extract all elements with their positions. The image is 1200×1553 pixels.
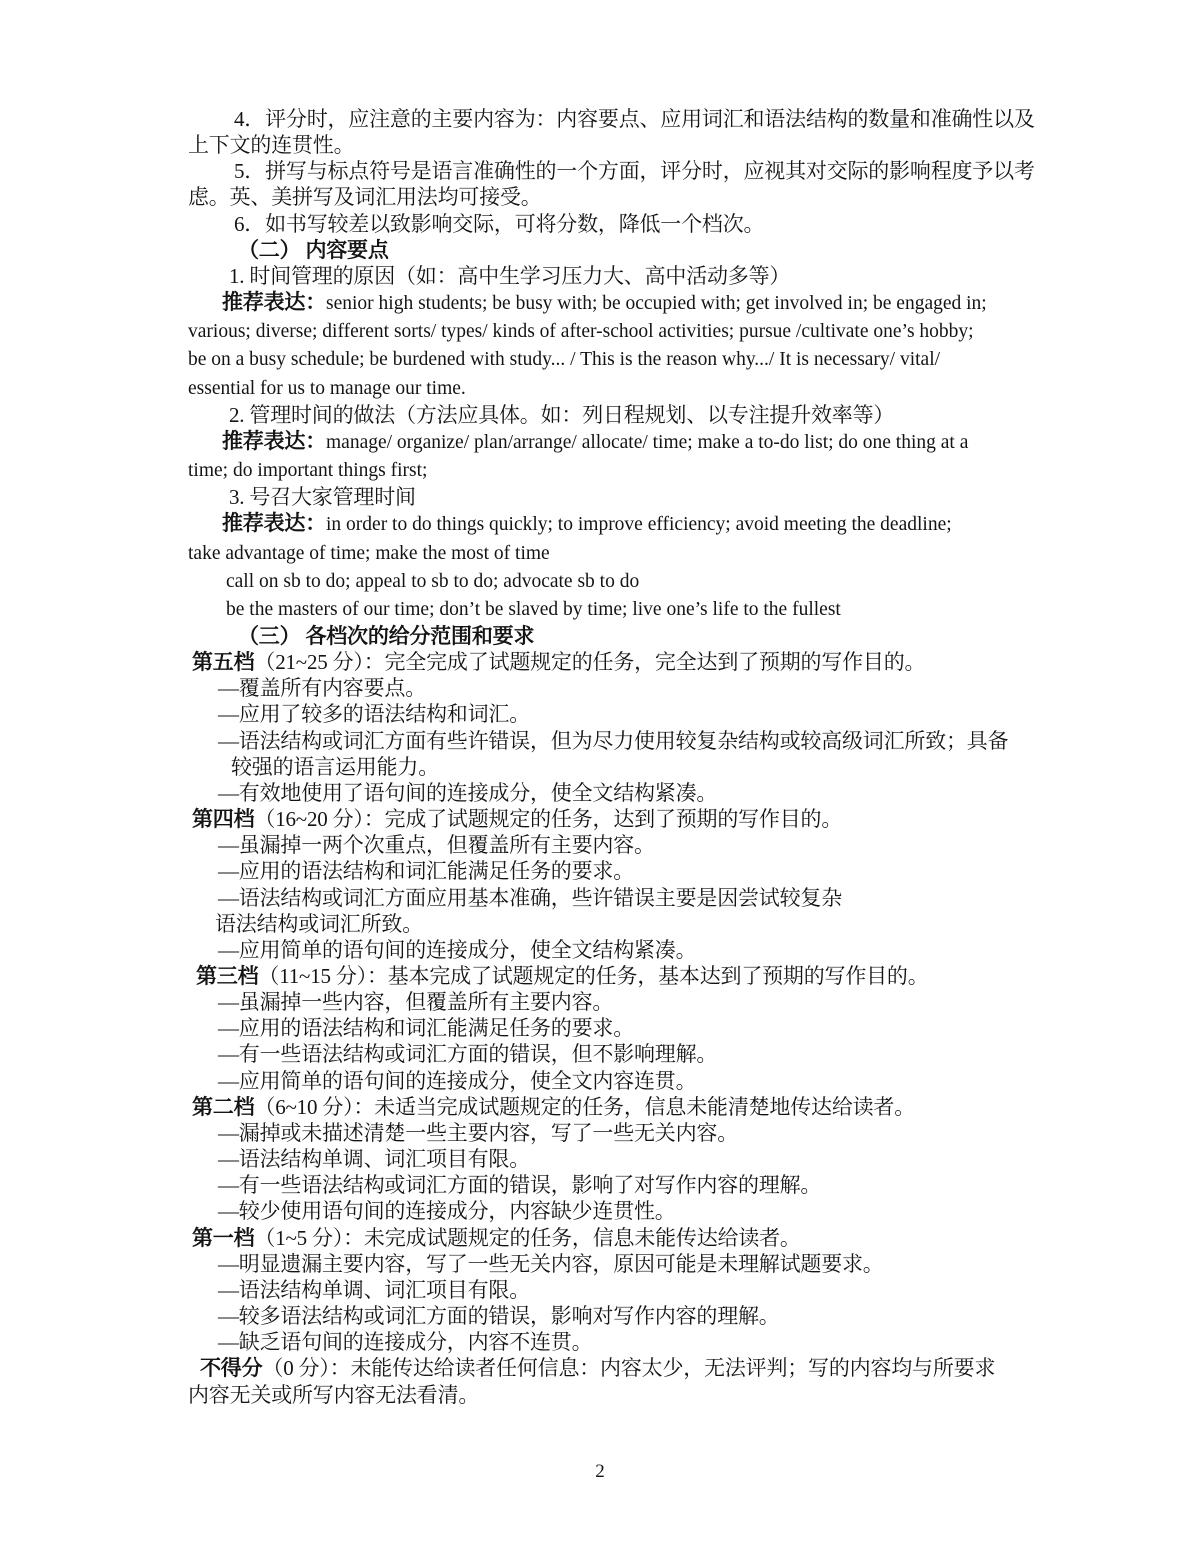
bold-text-segment: 第三档 [196,964,258,988]
text-line: —缺乏语句间的连接成分，内容不连贯。 [218,1329,1050,1355]
text-segment: —语法结构或词汇方面有些许错误，但为尽力使用较复杂结构或较高级词汇所致；具备 [218,729,1008,753]
text-segment: time; do important things first; [188,460,427,481]
bold-text-segment: 第四档 [192,807,254,831]
text-segment: 较强的语言运用能力。 [231,755,439,779]
text-segment: be the masters of our time; don’t be sla… [226,599,841,620]
text-segment: —有效地使用了语句间的连接成分，使全文结构紧凑。 [218,781,717,805]
document-page: 4．评分时，应注意的主要内容为：内容要点、应用词汇和语法结构的数量和准确性以及上… [0,0,1200,1553]
text-segment: —缺乏语句间的连接成分，内容不连贯。 [218,1330,592,1354]
text-line: take advantage of time; make the most of… [188,539,1050,567]
text-line: 上下文的连贯性。 [188,132,1050,158]
text-segment: —覆盖所有内容要点。 [218,676,426,700]
text-segment: take advantage of time; make the most of… [188,543,550,564]
text-line: —应用了较多的语法结构和词汇。 [218,701,1050,727]
text-segment: （0 分）：未能传达给读者任何信息：内容太少，无法评判；写的内容均与所要求 [262,1356,995,1380]
text-segment: essential for us to manage our time. [188,378,466,399]
text-segment: —应用简单的语句间的连接成分，使全文内容连贯。 [218,1069,696,1093]
text-line: —覆盖所有内容要点。 [218,675,1050,701]
text-line: 推荐表达：manage/ organize/ plan/arrange/ all… [222,428,1050,456]
text-segment: （11~15 分）：基本完成了试题规定的任务，基本达到了预期的写作目的。 [258,964,928,988]
text-segment: 2. 管理时间的做法（方法应具体。如：列日程规划、以专注提升效率等） [229,403,894,427]
text-line: —虽漏掉一些内容，但覆盖所有主要内容。 [218,989,1050,1015]
text-line: —较少使用语句间的连接成分，内容缺少连贯性。 [218,1198,1050,1224]
text-line: —语法结构单调、词汇项目有限。 [218,1277,1050,1303]
text-line: —应用简单的语句间的连接成分，使全文结构紧凑。 [218,937,1050,963]
page-number: 2 [0,1461,1200,1483]
text-line: —明显遗漏主要内容，写了一些无关内容，原因可能是未理解试题要求。 [218,1251,1050,1277]
text-line: 6．如书写较差以致影响交际，可将分数，降低一个档次。 [234,211,1050,237]
bold-text-segment: 不得分 [200,1356,262,1380]
text-line: 2. 管理时间的做法（方法应具体。如：列日程规划、以专注提升效率等） [229,402,1050,428]
text-segment: various; diverse; different sorts/ types… [188,321,974,342]
text-segment: 5．拼写与标点符号是语言准确性的一个方面，评分时，应视其对交际的影响程度予以考 [234,159,1035,183]
text-segment: —虽漏掉一两个次重点，但覆盖所有主要内容。 [218,833,655,857]
text-line: 推荐表达：in order to do things quickly; to i… [222,510,1050,538]
text-segment: 4．评分时，应注意的主要内容为：内容要点、应用词汇和语法结构的数量和准确性以及 [234,107,1035,131]
text-line: essential for us to manage our time. [188,374,1050,402]
text-line: 1. 时间管理的原因（如：高中生学习压力大、高中活动多等） [229,263,1050,289]
text-line: 推荐表达：senior high students; be busy with;… [222,289,1050,317]
text-segment: —语法结构单调、词汇项目有限。 [218,1278,530,1302]
text-line: 第五档（21~25 分）：完全完成了试题规定的任务，完全达到了预期的写作目的。 [192,649,1050,675]
text-line: （三） 各档次的给分范围和要求 [238,623,1050,649]
text-line: be the masters of our time; don’t be sla… [226,595,1050,623]
text-line: be on a busy schedule; be burdened with … [188,345,1050,373]
text-segment: —较少使用语句间的连接成分，内容缺少连贯性。 [218,1199,676,1223]
text-segment: senior high students; be busy with; be o… [326,293,987,314]
text-line: —应用的语法结构和词汇能满足任务的要求。 [218,1015,1050,1041]
text-line: —虽漏掉一两个次重点，但覆盖所有主要内容。 [218,832,1050,858]
text-segment: be on a busy schedule; be burdened with … [188,349,940,370]
text-line: 虑。英、美拼写及词汇用法均可接受。 [188,184,1050,210]
text-segment: in order to do things quickly; to improv… [326,514,952,535]
text-line: 较强的语言运用能力。 [231,754,1050,780]
text-segment: 内容无关或所写内容无法看清。 [188,1383,479,1407]
text-segment: —应用了较多的语法结构和词汇。 [218,702,530,726]
text-segment: —应用简单的语句间的连接成分，使全文结构紧凑。 [218,938,696,962]
text-line: —语法结构或词汇方面有些许错误，但为尽力使用较复杂结构或较高级词汇所致；具备 [218,728,1050,754]
text-segment: 虑。英、美拼写及词汇用法均可接受。 [188,185,542,209]
text-line: 不得分（0 分）：未能传达给读者任何信息：内容太少，无法评判；写的内容均与所要求 [200,1355,1050,1381]
text-line: 5．拼写与标点符号是语言准确性的一个方面，评分时，应视其对交际的影响程度予以考 [234,158,1050,184]
text-line: —有一些语法结构或词汇方面的错误，影响了对写作内容的理解。 [218,1172,1050,1198]
text-line: （二） 内容要点 [238,237,1050,263]
text-segment: 语法结构或词汇所致。 [215,912,423,936]
text-line: 第四档（16~20 分）：完成了试题规定的任务，达到了预期的写作目的。 [192,806,1050,832]
text-line: —较多语法结构或词汇方面的错误，影响对写作内容的理解。 [218,1303,1050,1329]
text-segment: 6．如书写较差以致影响交际，可将分数，降低一个档次。 [234,212,764,236]
text-segment: —有一些语法结构或词汇方面的错误，但不影响理解。 [218,1042,717,1066]
text-line: time; do important things first; [188,456,1050,484]
text-segment: —有一些语法结构或词汇方面的错误，影响了对写作内容的理解。 [218,1173,821,1197]
text-line: —漏掉或未描述清楚一些主要内容，写了一些无关内容。 [218,1120,1050,1146]
text-line: 语法结构或词汇所致。 [215,911,1050,937]
bold-text-segment: 第五档 [192,650,254,674]
text-segment: call on sb to do; appeal to sb to do; ad… [226,571,639,592]
text-segment: —漏掉或未描述清楚一些主要内容，写了一些无关内容。 [218,1121,738,1145]
text-segment: （1~5 分）：未完成试题规定的任务，信息未能传达给读者。 [254,1226,800,1250]
text-line: 3. 号召大家管理时间 [229,484,1050,510]
text-segment: 上下文的连贯性。 [188,133,354,157]
text-line: —语法结构或词汇方面应用基本准确，些许错误主要是因尝试较复杂 [218,885,1050,911]
text-segment: —较多语法结构或词汇方面的错误，影响对写作内容的理解。 [218,1304,780,1328]
text-segment: （21~25 分）：完全完成了试题规定的任务，完全达到了预期的写作目的。 [254,650,925,674]
bold-text-segment: 第一档 [192,1226,254,1250]
text-line: 4．评分时，应注意的主要内容为：内容要点、应用词汇和语法结构的数量和准确性以及 [234,106,1050,132]
text-line: call on sb to do; appeal to sb to do; ad… [226,567,1050,595]
bold-text-segment: 推荐表达： [222,290,326,314]
text-segment: —语法结构单调、词汇项目有限。 [218,1147,530,1171]
text-line: 第三档（11~15 分）：基本完成了试题规定的任务，基本达到了预期的写作目的。 [196,963,1050,989]
text-line: various; diverse; different sorts/ types… [188,317,1050,345]
bold-text-segment: 推荐表达： [222,511,326,535]
text-segment: （6~10 分）：未适当完成试题规定的任务，信息未能清楚地传达给读者。 [254,1095,915,1119]
text-segment: 3. 号召大家管理时间 [229,485,416,509]
text-line: 内容无关或所写内容无法看清。 [188,1382,1050,1408]
text-line: —语法结构单调、词汇项目有限。 [218,1146,1050,1172]
document-body: 4．评分时，应注意的主要内容为：内容要点、应用词汇和语法结构的数量和准确性以及上… [188,106,1050,1408]
text-line: 第二档（6~10 分）：未适当完成试题规定的任务，信息未能清楚地传达给读者。 [192,1094,1050,1120]
bold-text-segment: 第二档 [192,1095,254,1119]
text-segment: —应用的语法结构和词汇能满足任务的要求。 [218,1016,634,1040]
bold-text-segment: 推荐表达： [222,429,326,453]
text-segment: （16~20 分）：完成了试题规定的任务，达到了预期的写作目的。 [254,807,842,831]
text-line: —应用的语法结构和词汇能满足任务的要求。 [218,858,1050,884]
text-line: 第一档（1~5 分）：未完成试题规定的任务，信息未能传达给读者。 [192,1225,1050,1251]
text-line: —有效地使用了语句间的连接成分，使全文结构紧凑。 [218,780,1050,806]
text-segment: —语法结构或词汇方面应用基本准确，些许错误主要是因尝试较复杂 [218,886,842,910]
text-line: —应用简单的语句间的连接成分，使全文内容连贯。 [218,1068,1050,1094]
text-segment: —应用的语法结构和词汇能满足任务的要求。 [218,859,634,883]
text-line: —有一些语法结构或词汇方面的错误，但不影响理解。 [218,1041,1050,1067]
text-segment: —明显遗漏主要内容，写了一些无关内容，原因可能是未理解试题要求。 [218,1252,884,1276]
text-segment: —虽漏掉一些内容，但覆盖所有主要内容。 [218,990,613,1014]
text-segment: 1. 时间管理的原因（如：高中生学习压力大、高中活动多等） [229,264,790,288]
bold-text-segment: （三） 各档次的给分范围和要求 [238,624,534,648]
bold-text-segment: （二） 内容要点 [238,238,389,262]
text-segment: manage/ organize/ plan/arrange/ allocate… [326,432,968,453]
